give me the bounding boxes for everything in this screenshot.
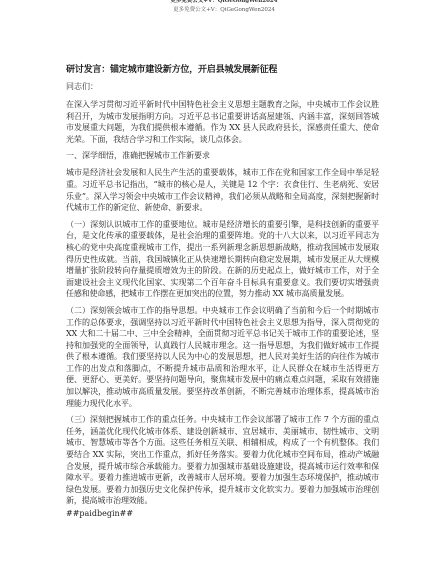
subsection-2-paragraph: （二）深刻领会城市工作的指导思想。中央城市工作会议明确了当前和今后一个时期城市工… — [66, 305, 379, 409]
section-heading-1: 一、深学细悟，准确把握城市工作新要求 — [66, 150, 379, 162]
intro-paragraph: 在深入学习贯彻习近平新时代中国特色社会主义思想主题教育之际，中央城市工作会议胜利… — [66, 99, 379, 145]
document-title: 研讨发言：锚定城市建设新方位，开启县城发展新征程 — [66, 64, 379, 77]
subsection-1-paragraph: （一）深刻认识城市工作的重要地位。城市是经济增长的重要引擎，是科技创新的重要平台… — [66, 219, 379, 300]
watermark-line: 更多免费公文+V：QiGeGongWen2024 — [0, 6, 448, 15]
section-1-intro-paragraph: 城市是经济社会发展和人民生产生活的重要载体，城市工作在党和国家工作全局中举足轻重… — [66, 167, 379, 213]
paid-begin-marker: ##paidbegin## — [66, 508, 379, 519]
document-body: 研讨发言：锚定城市建设新方位，开启县城发展新征程 同志们： 在深入学习贯彻习近平… — [66, 64, 379, 519]
watermark-header: 更多免费公文+V：QiGeGongWen2024 更多免费公文+V：QiGeGo… — [0, 0, 448, 15]
subsection-3-paragraph: （三）深刻把握城市工作的重点任务。中央城市工作会议部署了城市工作 7 个方面的重… — [66, 414, 379, 507]
salutation: 同志们： — [66, 81, 379, 93]
